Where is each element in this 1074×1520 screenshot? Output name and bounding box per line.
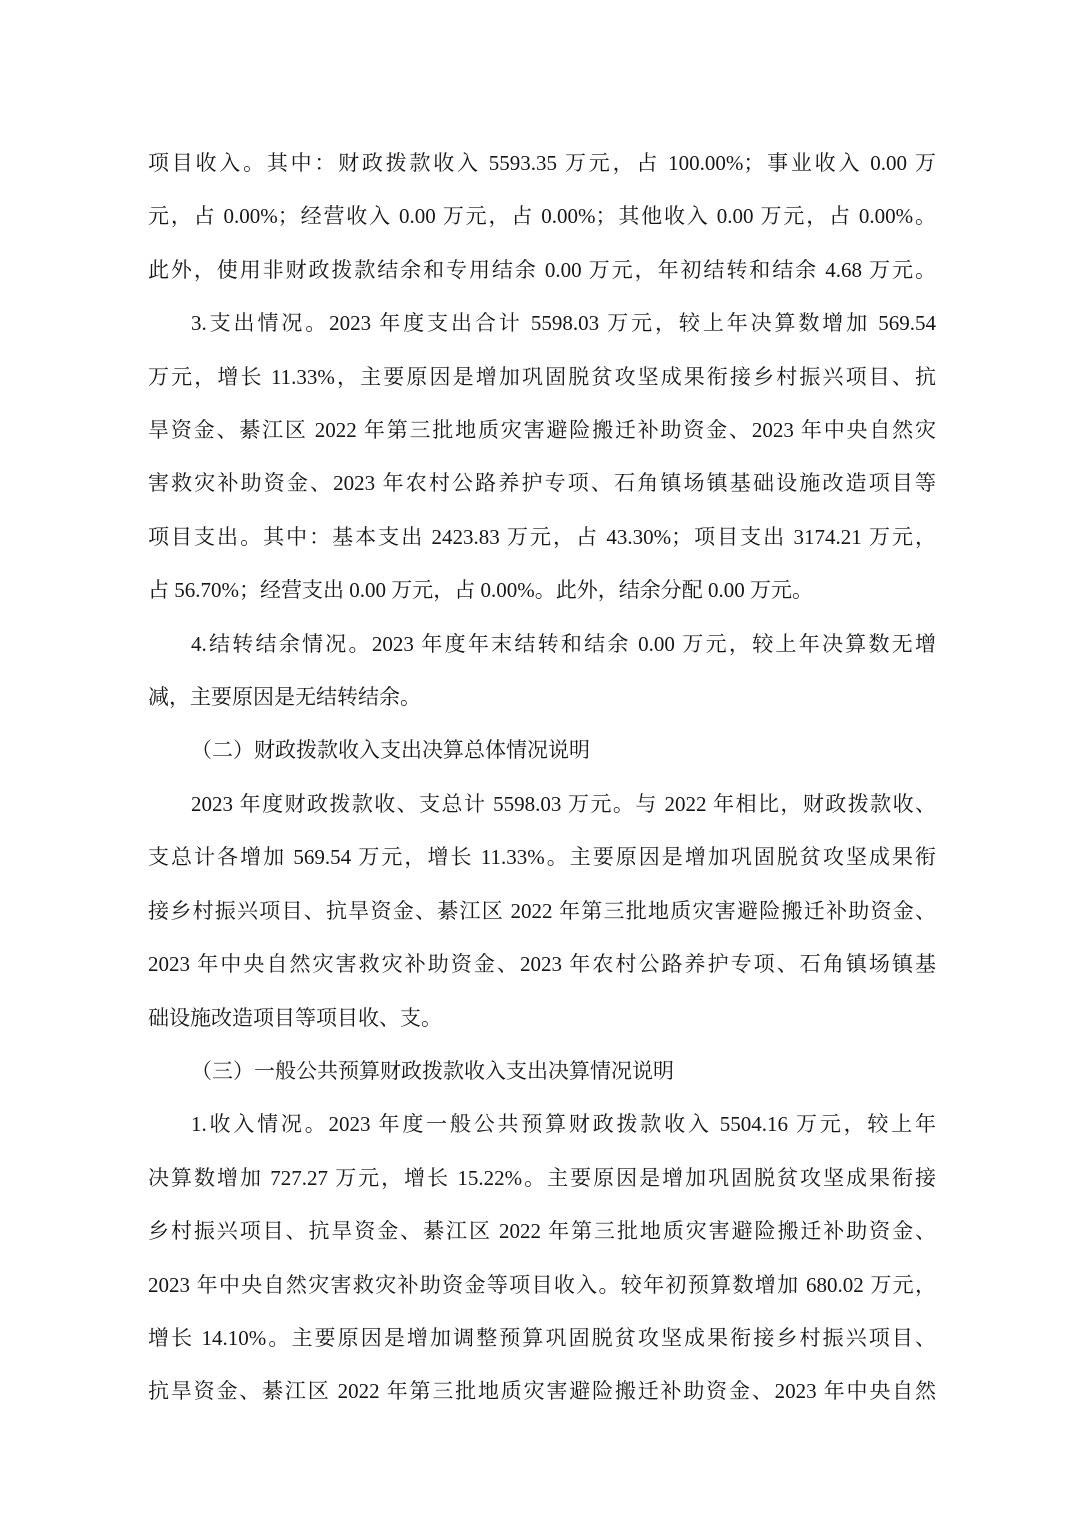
section-heading: （二）财政拨款收入支出决算总体情况说明 [148,724,936,777]
paragraph-expenditure: 3.支出情况。2023 年度支出合计 5598.03 万元，较上年决算数增加 5… [148,297,936,617]
text-line: 决算数增加 727.27 万元，增长 15.22%。主要原因是增加巩固脱贫攻坚成… [148,1152,936,1205]
paragraph-income-continued: 项目收入。其中：财政拨款收入 5593.35 万元，占 100.00%；事业收入… [148,137,936,297]
text-line: 1.收入情况。2023 年度一般公共预算财政拨款收入 5504.16 万元，较上… [148,1098,936,1151]
text-line: 支总计各增加 569.54 万元，增长 11.33%。主要原因是增加巩固脱贫攻坚… [148,831,936,884]
document-page: 项目收入。其中：财政拨款收入 5593.35 万元，占 100.00%；事业收入… [0,0,1074,1520]
text-line: 旱资金、綦江区 2022 年第三批地质灾害避险搬迁补助资金、2023 年中央自然… [148,404,936,457]
text-line: 2023 年中央自然灾害救灾补助资金、2023 年农村公路养护专项、石角镇场镇基 [148,938,936,991]
text-line: 2023 年度财政拨款收、支总计 5598.03 万元。与 2022 年相比，财… [148,778,936,831]
section-heading-fiscal-appropriation: （二）财政拨款收入支出决算总体情况说明 [148,724,936,777]
text-line: 减，主要原因是无结转结余。 [148,671,936,724]
text-line: 2023 年中央自然灾害救灾补助资金等项目收入。较年初预算数增加 680.02 … [148,1259,936,1312]
text-line: 4.结转结余情况。2023 年度年末结转和结余 0.00 万元，较上年决算数无增 [148,618,936,671]
text-line: 乡村振兴项目、抗旱资金、綦江区 2022 年第三批地质灾害避险搬迁补助资金、 [148,1205,936,1258]
section-heading-general-budget: （三）一般公共预算财政拨款收入支出决算情况说明 [148,1045,936,1098]
paragraph-carryover: 4.结转结余情况。2023 年度年末结转和结余 0.00 万元，较上年决算数无增… [148,618,936,725]
paragraph-general-budget-income: 1.收入情况。2023 年度一般公共预算财政拨款收入 5504.16 万元，较上… [148,1098,936,1418]
section-heading: （三）一般公共预算财政拨款收入支出决算情况说明 [148,1045,936,1098]
text-line: 3.支出情况。2023 年度支出合计 5598.03 万元，较上年决算数增加 5… [148,297,936,350]
text-line: 占 56.70%；经营支出 0.00 万元，占 0.00%。此外，结余分配 0.… [148,564,936,617]
text-line: 项目支出。其中：基本支出 2423.83 万元，占 43.30%；项目支出 31… [148,511,936,564]
text-line: 项目收入。其中：财政拨款收入 5593.35 万元，占 100.00%；事业收入… [148,137,936,190]
text-line: 增长 14.10%。主要原因是增加调整预算巩固脱贫攻坚成果衔接乡村振兴项目、 [148,1312,936,1365]
text-line: 接乡村振兴项目、抗旱资金、綦江区 2022 年第三批地质灾害避险搬迁补助资金、 [148,885,936,938]
text-line: 万元，增长 11.33%，主要原因是增加巩固脱贫攻坚成果衔接乡村振兴项目、抗 [148,351,936,404]
paragraph-fiscal-total: 2023 年度财政拨款收、支总计 5598.03 万元。与 2022 年相比，财… [148,778,936,1045]
text-line: 害救灾补助资金、2023 年农村公路养护专项、石角镇场镇基础设施改造项目等 [148,457,936,510]
text-line: 抗旱资金、綦江区 2022 年第三批地质灾害避险搬迁补助资金、2023 年中央自… [148,1365,936,1418]
text-line: 础设施改造项目等项目收、支。 [148,992,936,1045]
text-line: 元，占 0.00%；经营收入 0.00 万元，占 0.00%；其他收入 0.00… [148,190,936,243]
text-line: 此外，使用非财政拨款结余和专用结余 0.00 万元，年初结转和结余 4.68 万… [148,244,936,297]
